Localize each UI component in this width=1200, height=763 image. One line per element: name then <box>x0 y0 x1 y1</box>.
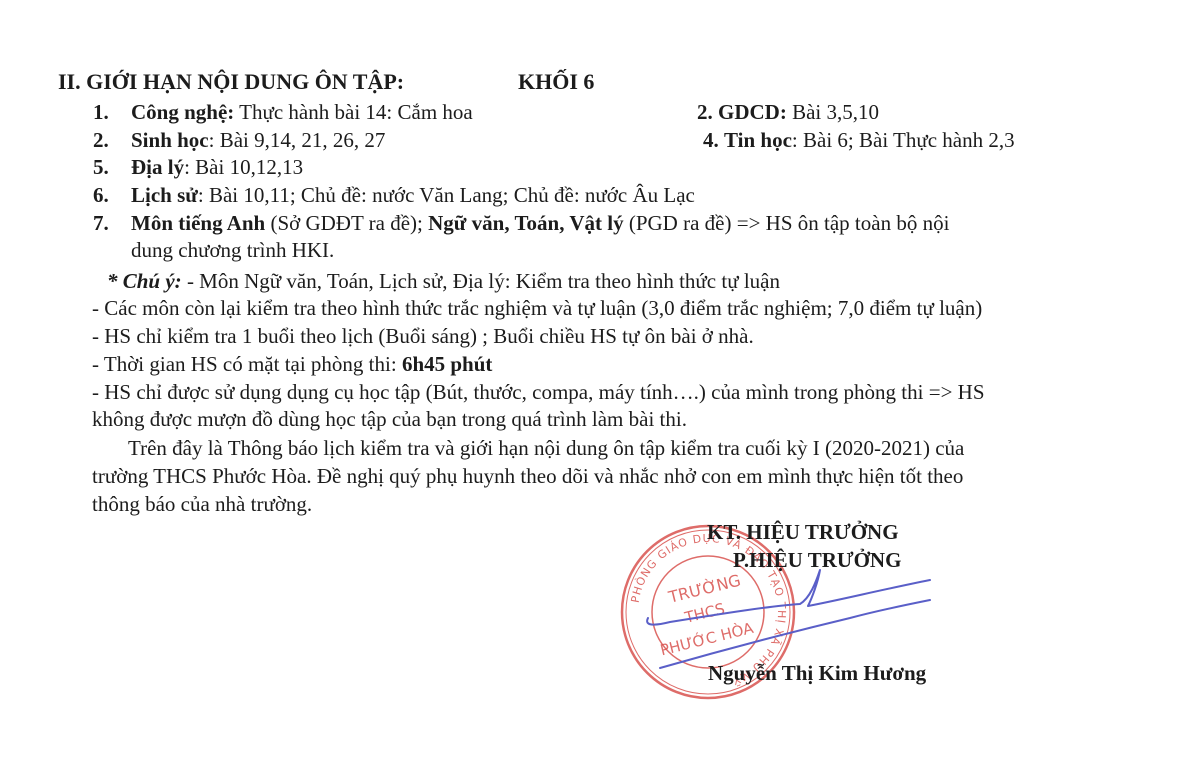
note-label: * Chú ý: <box>107 269 182 293</box>
subject-content: (Sở GDĐT ra đề); <box>265 211 428 235</box>
subject-name: Môn tiếng Anh <box>131 211 265 235</box>
subject-name: Ngữ văn, Toán, Vật lý <box>428 211 623 235</box>
subject-item: 1.Công nghệ: Thực hành bài 14: Cắm hoa <box>93 99 473 125</box>
note-text: - Môn Ngữ văn, Toán, Lịch sử, Địa lý: Ki… <box>182 269 780 293</box>
subject-item: 6.Lịch sử: Bài 10,11; Chủ đề: nước Văn L… <box>93 182 695 208</box>
item-number: 6. <box>93 182 131 208</box>
note-line: - Thời gian HS có mặt tại phòng thi: 6h4… <box>92 351 492 377</box>
item-number: 7. <box>93 210 131 236</box>
grade-label: KHỐI 6 <box>518 69 594 95</box>
closing-line: thông báo của nhà trường. <box>92 491 312 517</box>
subject-name: Địa lý <box>131 155 184 179</box>
subject-item: 2. GDCD: Bài 3,5,10 <box>697 99 879 125</box>
subject-item-7: 7.Môn tiếng Anh (Sở GDĐT ra đề); Ngữ văn… <box>93 210 949 236</box>
subject-content: Bài 3,5,10 <box>787 100 879 124</box>
subject-content: : Bài 10,11; Chủ đề: nước Văn Lang; Chủ … <box>198 183 695 207</box>
subject-item-7-continued: dung chương trình HKI. <box>131 237 334 263</box>
signer-name: Nguyễn Thị Kim Hương <box>708 660 926 686</box>
subject-content: Thực hành bài 14: Cắm hoa <box>234 100 472 124</box>
arrival-time: 6h45 phút <box>402 352 492 376</box>
item-number: 5. <box>93 154 131 180</box>
closing-line: Trên đây là Thông báo lịch kiểm tra và g… <box>128 435 964 461</box>
subject-content: : Bài 6; Bài Thực hành 2,3 <box>792 128 1015 152</box>
subject-name: Sinh học <box>131 128 209 152</box>
note-line: không được mượn đồ dùng học tập của bạn … <box>92 406 687 432</box>
note-line: - HS chỉ kiểm tra 1 buổi theo lịch (Buổi… <box>92 323 754 349</box>
subject-name: Lịch sử <box>131 183 198 207</box>
closing-line: trường THCS Phước Hòa. Đề nghị quý phụ h… <box>92 463 963 489</box>
item-number: 2. <box>697 100 713 124</box>
subject-item: 4. Tin học: Bài 6; Bài Thực hành 2,3 <box>703 127 1015 153</box>
signature-title-1: KT. HIỆU TRƯỞNG <box>707 519 899 545</box>
section-heading: II. GIỚI HẠN NỘI DUNG ÔN TẬP: KHỐI 6 <box>58 69 404 95</box>
subject-content: : Bài 9,14, 21, 26, 27 <box>209 128 386 152</box>
item-number: 4. <box>703 128 719 152</box>
item-number: 1. <box>93 99 131 125</box>
subject-content: (PGD ra đề) => HS ôn tập toàn bộ nội <box>624 211 950 235</box>
note-line: - HS chỉ được sử dụng dụng cụ học tập (B… <box>92 379 985 405</box>
subject-item: 2.Sinh học: Bài 9,14, 21, 26, 27 <box>93 127 385 153</box>
document-page: II. GIỚI HẠN NỘI DUNG ÔN TẬP: KHỐI 6 1.C… <box>0 0 1200 763</box>
section-title: II. GIỚI HẠN NỘI DUNG ÔN TẬP: <box>58 69 404 94</box>
subject-name: Tin học <box>724 128 792 152</box>
note-line: * Chú ý: - Môn Ngữ văn, Toán, Lịch sử, Đ… <box>107 268 780 294</box>
note-line: - Các môn còn lại kiểm tra theo hình thứ… <box>92 295 982 321</box>
subject-item: 5.Địa lý: Bài 10,12,13 <box>93 154 303 180</box>
subject-name: Công nghệ: <box>131 100 234 124</box>
handwritten-signature <box>640 560 940 670</box>
subject-content: : Bài 10,12,13 <box>184 155 303 179</box>
note-text: - Thời gian HS có mặt tại phòng thi: <box>92 352 402 376</box>
subject-name: GDCD: <box>718 100 787 124</box>
item-number: 2. <box>93 127 131 153</box>
